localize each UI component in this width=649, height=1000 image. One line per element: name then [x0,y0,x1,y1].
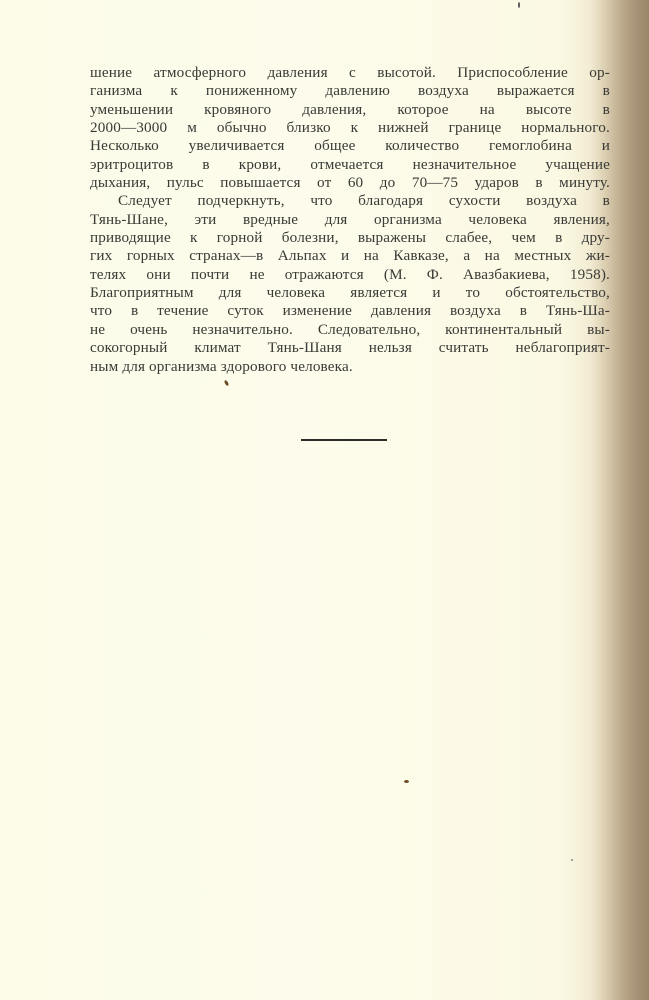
paragraph-1: шение атмосферного давления с высотой. П… [90,64,610,192]
paper-speck [518,2,520,8]
text-line: не очень незначительно. Следовательно, к… [90,321,610,339]
text-line: дыхания, пульс повышается от 60 до 70—75… [90,174,610,192]
text-line: что в течение суток изменение давления в… [90,302,610,320]
text-line: сокогорный климат Тянь-Шаня нельзя счита… [90,339,610,357]
text-line: ганизма к пониженному давлению воздуха в… [90,82,610,100]
text-line: шение атмосферного давления с высотой. П… [90,64,610,82]
paragraph-2: Следует подчеркнуть, что благодаря сухос… [90,192,610,375]
text-line: гих горных странах—в Альпах и на Кавказе… [90,247,610,265]
paper-speck [404,780,409,783]
section-end-divider [301,439,387,441]
text-line: телях они почти не отражаются (М. Ф. Ава… [90,266,610,284]
text-line: эритроцитов в крови, отмечается незначит… [90,156,610,174]
text-line: Благоприятным для человека является и то… [90,284,610,302]
text-line: ным для организма здорового человека. [90,358,610,376]
book-page: шение атмосферного давления с высотой. П… [0,0,649,1000]
body-text: шение атмосферного давления с высотой. П… [90,64,610,376]
paper-speck [571,859,573,861]
text-line: Следует подчеркнуть, что благодаря сухос… [90,192,610,210]
text-line: 2000—3000 м обычно близко к нижней грани… [90,119,610,137]
text-line: приводящие к горной болезни, выражены сл… [90,229,610,247]
text-line: Тянь-Шане, эти вредные для организма чел… [90,211,610,229]
paper-speck [224,380,230,387]
text-line: Несколько увеличивается общее количество… [90,137,610,155]
text-line: уменьшении кровяного давления, которое н… [90,101,610,119]
